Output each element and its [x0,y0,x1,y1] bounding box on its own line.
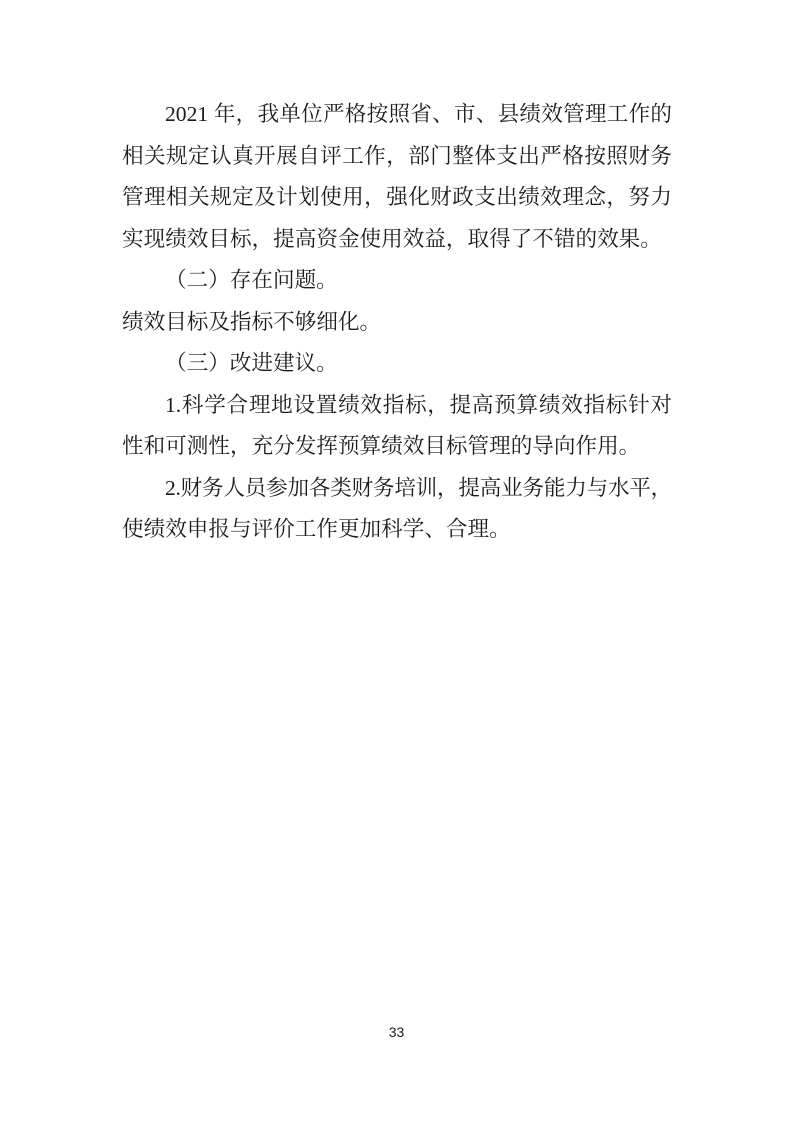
text-line: 性和可测性，充分发挥预算绩效目标管理的导向作用。 [122,426,672,468]
text-line: 1.科学合理地设置绩效指标，提高预算绩效指标针对 [122,385,672,427]
paragraph-self-evaluation-summary: 2021 年，我单位严格按照省、市、县绩效管理工作的 相关规定认真开展自评工作，… [122,94,672,260]
paragraph-suggestion-2: 2.财务人员参加各类财务培训，提高业务能力与水平， 使绩效申报与评价工作更加科学… [122,468,672,551]
text-line: 2021 年，我单位严格按照省、市、县绩效管理工作的 [122,94,672,136]
text-line: 相关规定认真开展自评工作，部门整体支出严格按照财务 [122,136,672,178]
text-line: （二）存在问题。 [122,260,672,302]
page-number: 33 [0,1022,793,1042]
text-line: 2.财务人员参加各类财务培训，提高业务能力与水平， [122,468,672,510]
document-page: 2021 年，我单位严格按照省、市、县绩效管理工作的 相关规定认真开展自评工作，… [0,0,793,1122]
section-heading-existing-problems: （二）存在问题。 [122,260,672,302]
text-line: 实现绩效目标，提高资金使用效益，取得了不错的效果。 [122,219,672,261]
paragraph-problem-description: 绩效目标及指标不够细化。 [122,302,672,344]
text-line: 管理相关规定及计划使用，强化财政支出绩效理念，努力 [122,177,672,219]
paragraph-suggestion-1: 1.科学合理地设置绩效指标，提高预算绩效指标针对 性和可测性，充分发挥预算绩效目… [122,385,672,468]
text-line: （三）改进建议。 [122,343,672,385]
section-heading-improvement-suggestions: （三）改进建议。 [122,343,672,385]
document-body: 2021 年，我单位严格按照省、市、县绩效管理工作的 相关规定认真开展自评工作，… [122,94,672,551]
text-line: 使绩效申报与评价工作更加科学、合理。 [122,509,672,551]
text-line: 绩效目标及指标不够细化。 [122,302,672,344]
